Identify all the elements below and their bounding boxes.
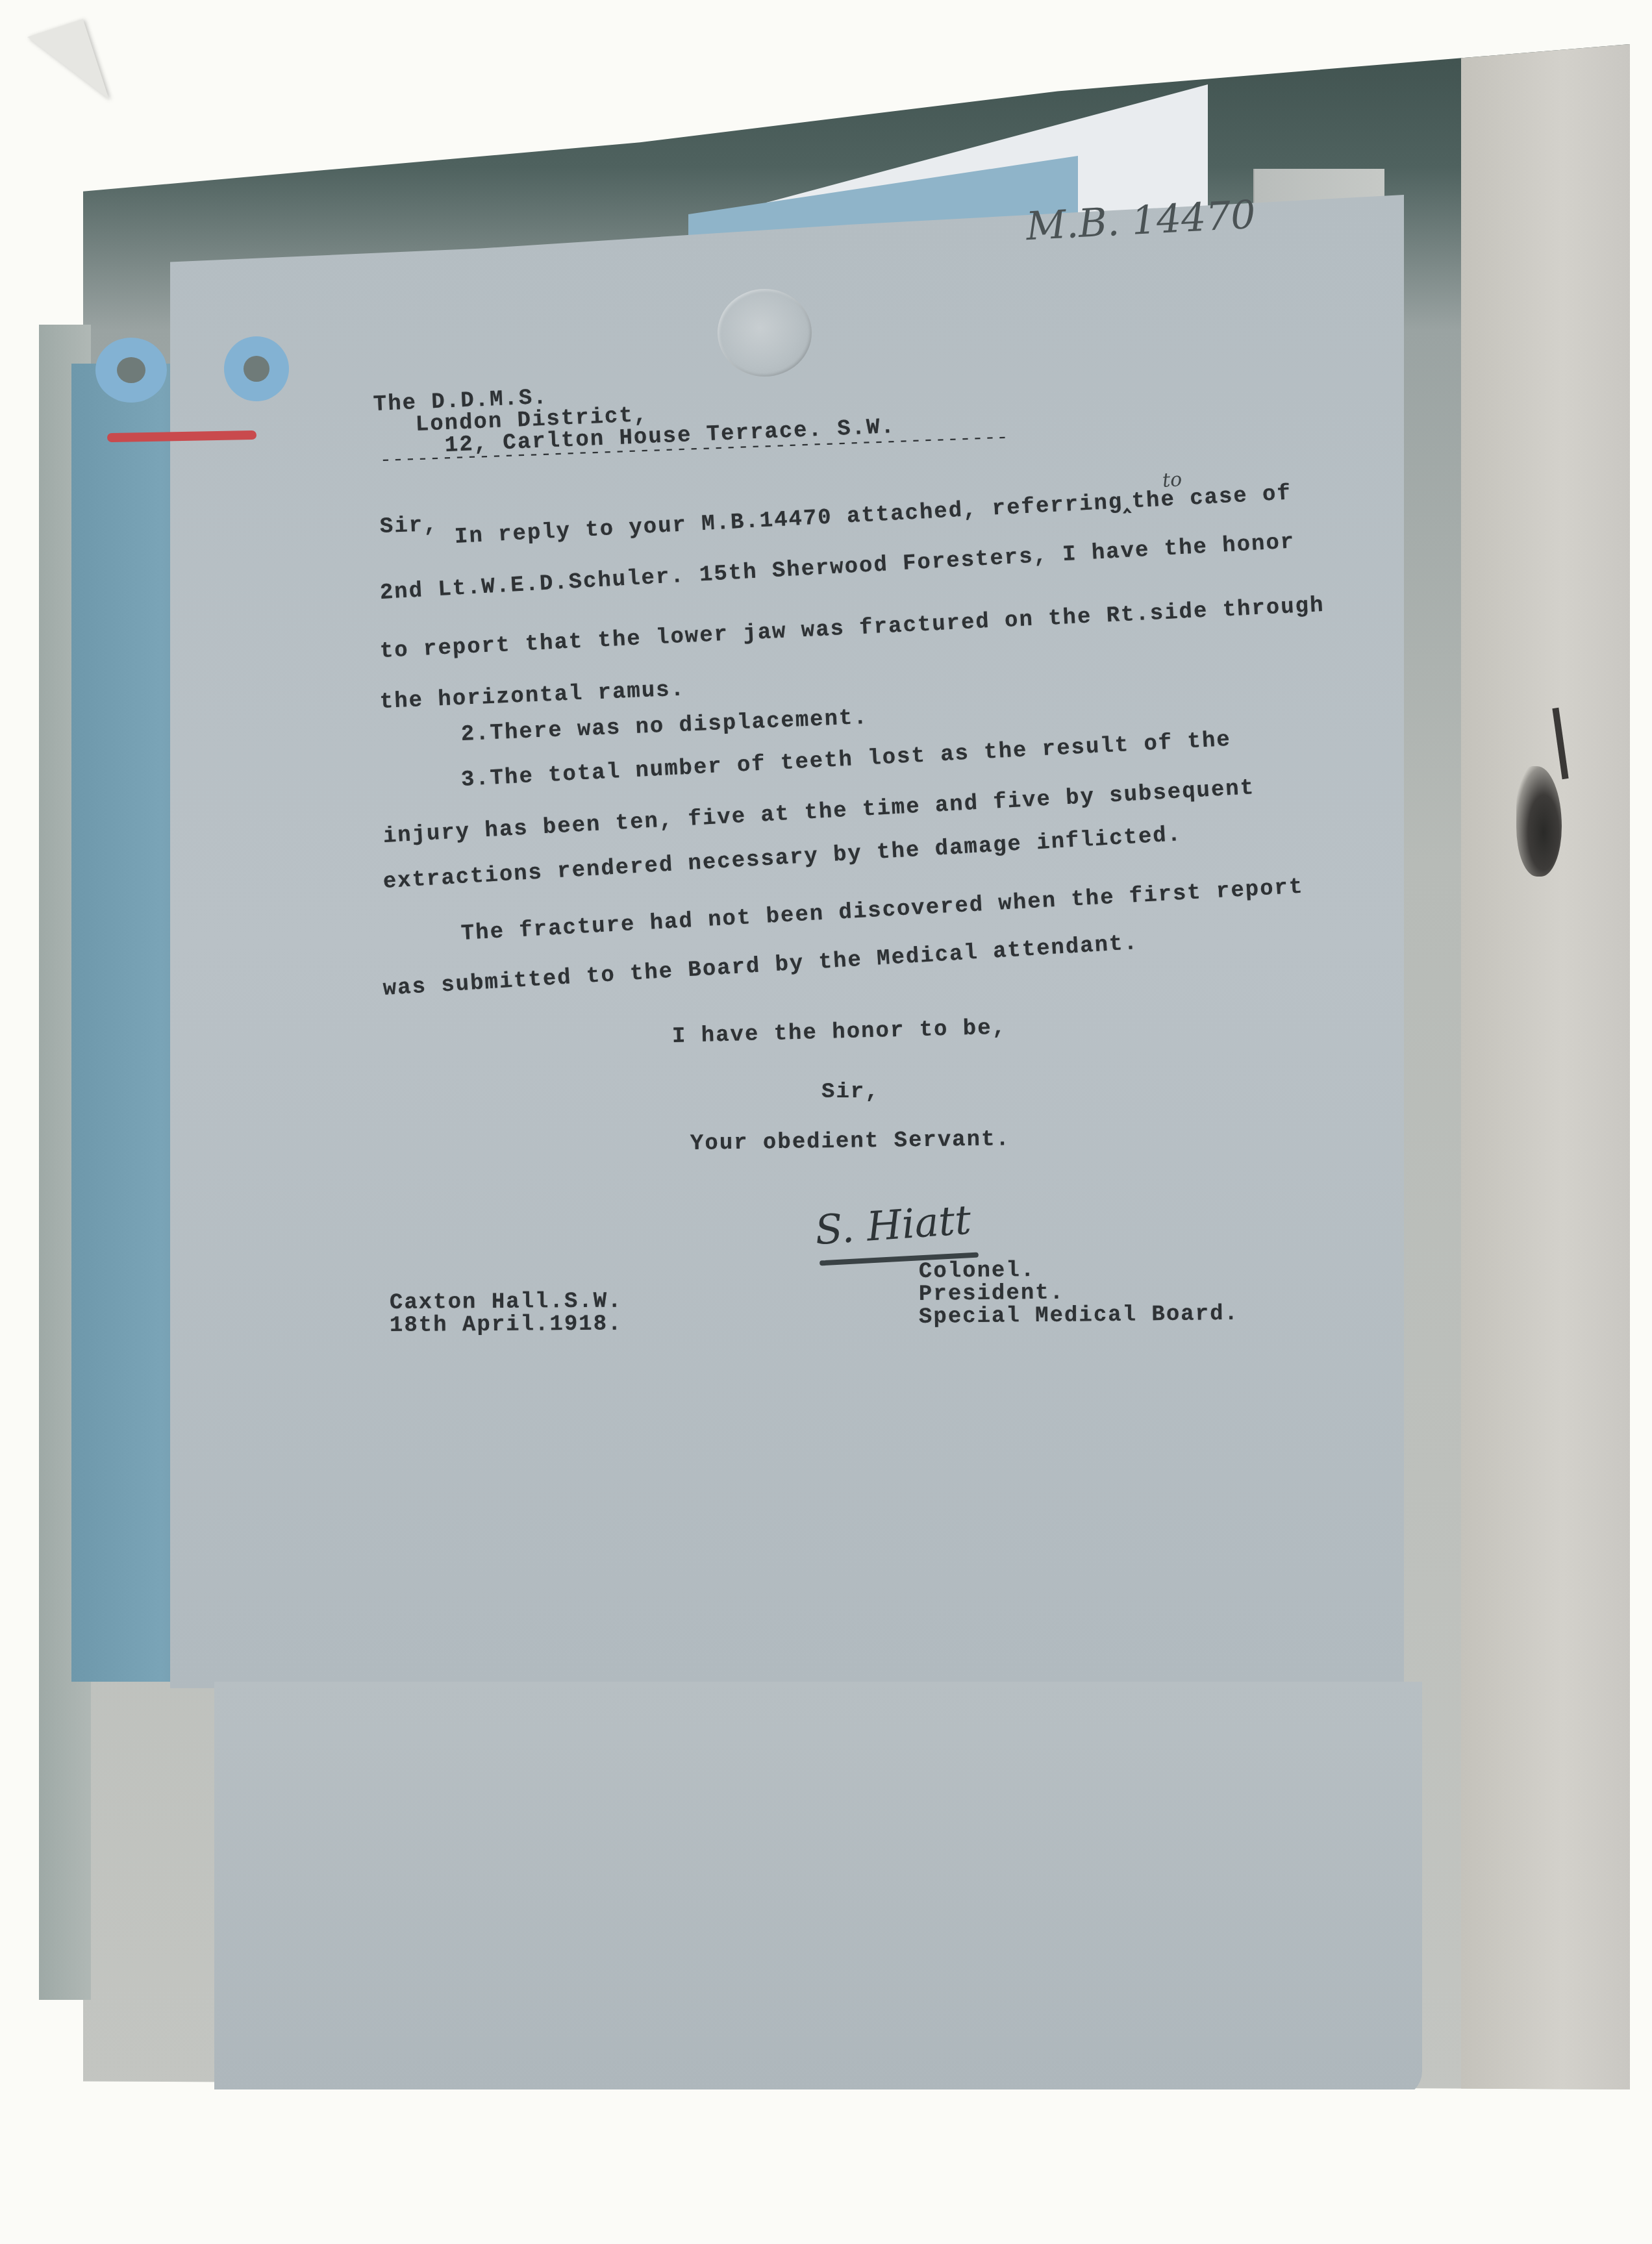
tag-eyelet-icon	[224, 336, 289, 401]
letter-sheet-lower	[214, 1682, 1422, 2097]
scan-page-curl	[27, 19, 109, 117]
scan-margin	[0, 2089, 1652, 2244]
backdrop-paper	[1461, 44, 1630, 2089]
tag-eyelet-icon	[95, 338, 167, 403]
embossed-seal-icon	[718, 289, 812, 377]
salutation: Sir,	[379, 513, 438, 540]
signatory-title: President.	[919, 1281, 1064, 1307]
closing-line-3: Your obedient Servant.	[690, 1127, 1010, 1156]
origin-date: 18th April.1918.	[390, 1312, 623, 1338]
closing-line-2: Sir,	[821, 1080, 880, 1104]
signatory-board: Special Medical Board.	[919, 1302, 1239, 1330]
signatory-rank: Colonel.	[919, 1258, 1036, 1284]
